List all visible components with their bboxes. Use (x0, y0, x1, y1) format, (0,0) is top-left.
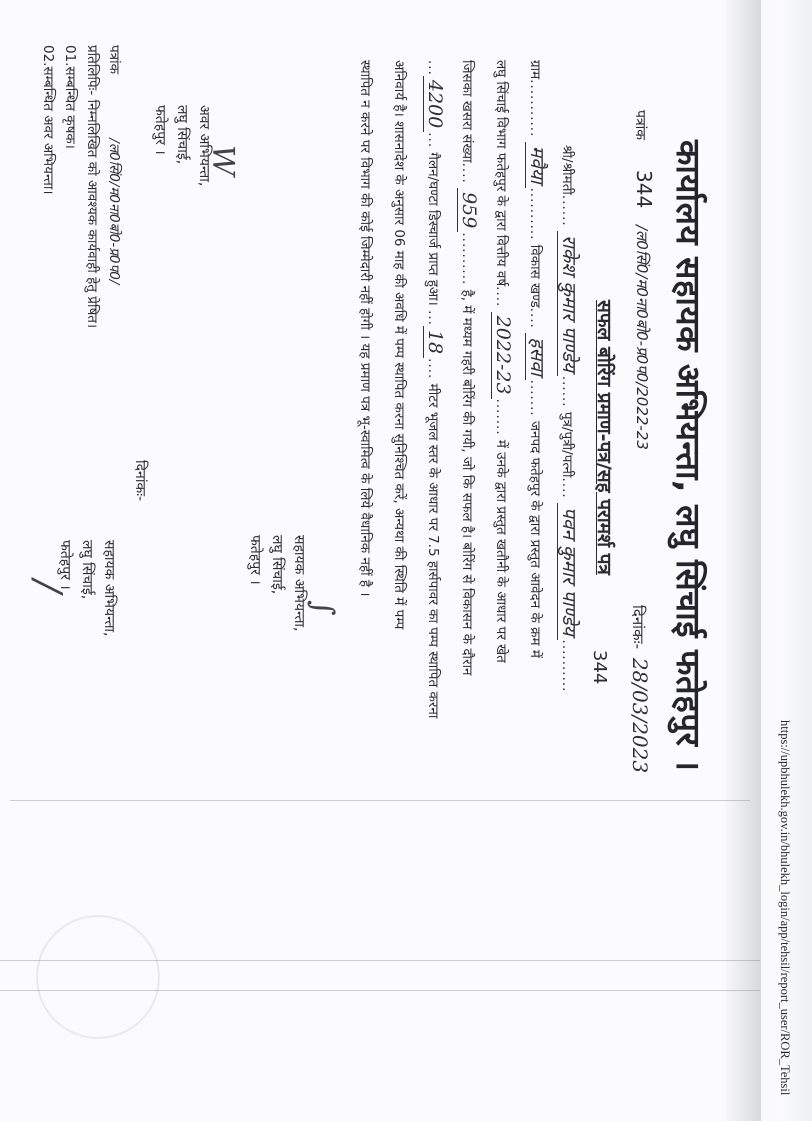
sig2-line3: फतेहपुर । (149, 105, 171, 186)
signature-block-assistant-engineer-1: सहायक अभियन्ता, लघु सिंचाई, फतेहपुर । (244, 535, 310, 632)
scan-shadow (726, 0, 760, 1121)
signature-block-assistant-engineer-2: सहायक अभियन्ता, लघु सिंचाई, फतेहपुर । (54, 540, 120, 637)
relation-label: पुत्र/पुत्री/पत्नी (559, 412, 575, 478)
village-name: मवैया (525, 142, 548, 188)
row5-text-after: मीटर भूजल स्तर के आधार पर 7.5 हार्सपावर … (425, 384, 441, 719)
certificate-page: कार्यालय सहायक अभियन्ता, लघु सिंचाई फतेह… (0, 0, 760, 1121)
footer-date-label: दिनांकः- (131, 460, 150, 501)
block-label: विकास खण्ड (527, 245, 543, 308)
father-name: पवन कुमार पाण्डेय (557, 503, 580, 640)
sig3-line1: सहायक अभियन्ता, (98, 540, 120, 637)
body-row-khasra: जिसका खसरा संख्या.... 959.......... है, … (456, 60, 480, 676)
scan-fold-line (0, 960, 760, 961)
body-row-disclaimer: स्थापित न करने पर विभाग की कोई जिम्मेदार… (354, 60, 376, 597)
signature-block-junior-engineer: अवर अभियन्ता, लघु सिंचाई, फतेहपुर । (149, 105, 215, 186)
body-row-name: श्री/श्रीमती...... राकेश कुमार पाण्डेय..… (556, 145, 580, 692)
sig3-line3: फतेहपुर । (54, 540, 76, 637)
back-page-url: https://upbhulekh.gov.in/bhulekh_login/a… (777, 720, 792, 1095)
row3-text-after: में उनके द्वारा प्रस्तुत खतौनी के आधार प… (493, 440, 509, 663)
sig2-line1: अवर अभियन्ता, (193, 105, 215, 186)
row4-text-after: है, में मध्यम गहरी बोरिंग की गयी, जो कि … (459, 290, 475, 676)
office-heading: कार्यालय सहायक अभियन्ता, लघु सिंचाई फतेह… (667, 140, 712, 772)
copy-to-line: प्रतिलिपिः- निम्नलिखित को आवश्यक कार्यवा… (81, 45, 103, 328)
block-name: हसवा (525, 333, 548, 379)
body-row-village: ग्राम........... मवैया.......... विकास ख… (524, 60, 548, 658)
sig1-line1: सहायक अभियन्ता, (288, 535, 310, 632)
reference-code: /ल0सिं0/म0ना0बो0-प्र0प0/2022-23 (632, 225, 652, 450)
reference-number: 344 (632, 170, 656, 208)
back-page-url-strip: https://upbhulekh.gov.in/bhulekh_login/a… (772, 720, 792, 1120)
scan-fold-line (10, 800, 750, 801)
scan-fold-line (0, 990, 760, 991)
row5-text-middle: गैलन/घण्टा डिस्चार्ज प्राप्त हुआ। (425, 152, 441, 305)
body-row-year: लघु सिंचाई विभाग फतेहपुर के द्वारा वित्त… (490, 60, 514, 663)
water-depth: 18 (423, 326, 446, 358)
footer-ref-code: /ल0सिं0/म0ना0बो0-प्र0प0/ (106, 138, 122, 284)
discharge-value: 4200 (423, 76, 446, 132)
sig1-line2: लघु सिंचाई, (266, 535, 288, 632)
sig2-line2: लघु सिंचाई, (171, 105, 193, 186)
date-value: 28/03/2023 (628, 654, 652, 777)
village-label: ग्राम (527, 60, 543, 79)
body-row-discharge: ...4200... गैलन/घण्टा डिस्चार्ज प्राप्त … (422, 60, 446, 718)
sig3-line2: लघु सिंचाई, (76, 540, 98, 637)
row2-text: जनपद फतेहपुर के द्वारा प्रस्तुत आवेदन के… (527, 421, 543, 658)
row3-text-before: लघु सिंचाई विभाग फतेहपुर के द्वारा वित्त… (493, 60, 509, 286)
row4-text-before: जिसका खसरा संख्या (459, 60, 475, 163)
date-label: दिनांकः- (629, 605, 647, 649)
copy-item-2: 02.सम्बन्धित अवर अभियन्ता। (37, 45, 59, 194)
footer-reference: पत्रांक /ल0सिं0/म0ना0बो0-प्र0प0/ (103, 45, 125, 284)
faint-stamp (36, 915, 160, 1039)
body-row-mandate: अनिवार्य है। शासनादेश के अनुसार 06 माह क… (388, 60, 410, 629)
khasra-number: 959 (457, 188, 480, 232)
certificate-number: 344 (589, 650, 610, 684)
farmer-name: राकेश कुमार पाण्डेय (557, 231, 580, 376)
signature-assistant-engineer-1: ∫ (305, 600, 340, 616)
name-label: श्री/श्रीमती (559, 145, 575, 195)
certificate-title: सफल बोरिंग प्रमाण-पत्र/सह परामर्श पत्र (592, 300, 618, 575)
reference-date: दिनांकः- 28/03/2023 (628, 605, 652, 777)
footer-ref-label: पत्रांक (106, 45, 122, 74)
financial-year: 2022-23 (491, 312, 514, 399)
sig1-line3: फतेहपुर । (244, 535, 266, 632)
reference-label: पत्रांक (631, 110, 650, 140)
copy-item-1: 01.सम्बन्धित कृषक। (59, 45, 81, 149)
